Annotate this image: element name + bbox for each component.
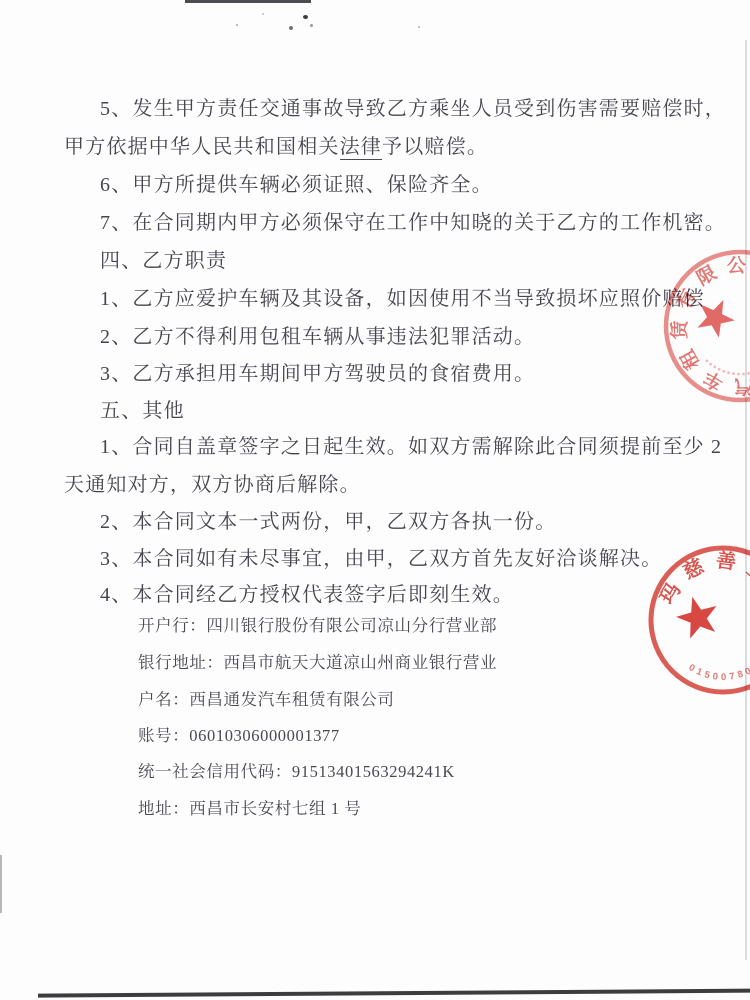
bank-detail-account-number: 账号：06010306000001377 (138, 722, 340, 746)
clause-5-line-1: 5、发生甲方责任交通事故导致乙方乘坐人员受到伤害需要赔偿时， (100, 92, 726, 121)
clause-5-line-2-post: 予以赔偿。 (382, 136, 488, 158)
clause-7: 7、在合同期内甲方必须保守在工作中知晓的关于乙方的工作机密。 (100, 206, 726, 235)
charity-seal-stamp: 玛慈善堂 015007803 (638, 535, 750, 705)
page-bottom-edge-artifact (38, 988, 750, 997)
section-5-item-1-line-2: 天通知对方，双方协商后解除。 (64, 468, 361, 497)
bank-detail-address: 地址：西昌市长安村七组 1 号 (138, 795, 362, 819)
clause-5-line-2: 甲方依据中华人民共和国相关法律予以赔偿。 (64, 130, 488, 159)
bank-detail-bank-address: 银行地址：西昌市航天大道凉山州商业银行营业 (138, 649, 497, 673)
seal-code-text: 015007803 (687, 659, 750, 683)
section-5-heading: 五、其他 (100, 394, 185, 423)
section-5-item-1-line-1: 1、合同自盖章签字之日起生效。如双方需解除此合同须提前至少 2 (100, 430, 722, 459)
section-4-heading: 四、乙方职责 (100, 244, 227, 273)
bank-detail-account-name: 户名：西昌通发汽车租赁有限公司 (138, 686, 395, 710)
section-5-item-2: 2、本合同文本一式两份，甲，乙双方各执一份。 (100, 505, 556, 534)
scan-speck (418, 26, 420, 28)
scanned-contract-page: { "page": { "background": "#fdfdfd", "te… (0, 0, 750, 1000)
bank-detail-credit-code: 统一社会信用代码：91513401563294241K (138, 758, 455, 782)
scan-speck (262, 13, 264, 15)
section-5-item-3: 3、本合同如有未尽事宜，由甲，乙双方首先友好洽谈解决。 (100, 542, 662, 571)
section-5-item-4: 4、本合同经乙方授权代表签字后即刻生效。 (100, 578, 514, 607)
scan-speck (236, 24, 238, 26)
underlined-law-text: 法律 (340, 136, 382, 160)
section-4-item-3: 3、乙方承担用车期间甲方驾驶员的食宿费用。 (100, 357, 535, 386)
company-seal-stamp: 西昌通发汽车租赁有限公司 (655, 241, 750, 411)
clause-6: 6、甲方所提供车辆必须证照、保险齐全。 (100, 168, 493, 197)
clause-5-line-2-pre: 甲方依据中华人民共和国相关 (64, 136, 340, 158)
scan-speck (310, 24, 313, 27)
scan-speck (289, 26, 293, 30)
page-left-edge-artifact (0, 855, 2, 913)
bank-detail-opening-bank: 开户行：四川银行股份有限公司凉山分行营业部 (138, 612, 497, 636)
page-right-edge-artifact (745, 40, 747, 960)
section-4-item-2: 2、乙方不得利用包租车辆从事违法犯罪活动。 (100, 320, 535, 349)
scan-speck (303, 15, 308, 19)
section-4-item-1: 1、乙方应爱护车辆及其设备，如因使用不当导致损坏应照价赔偿 (100, 282, 705, 311)
page-top-edge-artifact (185, 0, 311, 3)
